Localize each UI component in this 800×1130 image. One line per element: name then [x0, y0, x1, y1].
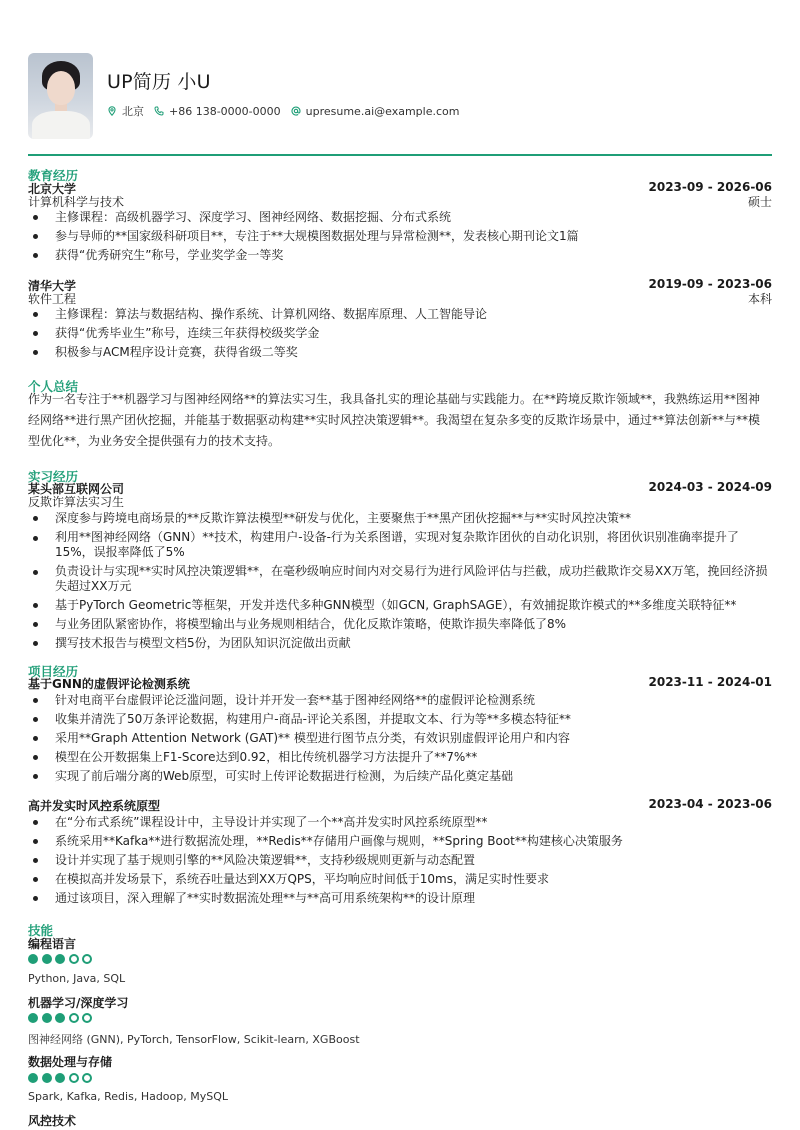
- date-range: 2023-09 - 2026-06: [649, 180, 773, 194]
- list-item: 设计并实现了基于规则引擎的**风险决策逻辑**，支持秒级规则更新与动态配置: [28, 851, 772, 870]
- skill-category: 机器学习/深度学习: [28, 994, 128, 1011]
- email-text[interactable]: upresume.ai@example.com: [306, 105, 460, 118]
- education-bullets: 主修课程：高级机器学习、深度学习、图神经网络、数据挖掘、分布式系统 参与导师的*…: [28, 208, 772, 265]
- project-name: 基于GNN的虚假评论检测系统: [28, 675, 190, 692]
- skill-list: Spark, Kafka, Redis, Hadoop, MySQL: [28, 1090, 228, 1103]
- skill-level-rating: [28, 1013, 96, 1023]
- date-range: 2019-09 - 2023-06: [649, 277, 773, 291]
- contact-email[interactable]: upresume.ai@example.com: [291, 105, 460, 118]
- date-range: 2023-04 - 2023-06: [649, 797, 773, 811]
- skill-level-rating: [28, 1073, 96, 1083]
- candidate-name: UP简历 小U: [107, 67, 469, 94]
- list-item: 与业务团队紧密协作，将模型输出与业务规则相结合，优化反欺诈策略，使欺诈损失率降低…: [28, 615, 772, 634]
- list-item: 实现了前后端分离的Web原型，可实时上传评论数据进行检测，为后续产品化奠定基础: [28, 767, 772, 786]
- list-item: 基于PyTorch Geometric等框架，开发并迭代多种GNN模型（如GCN…: [28, 596, 772, 615]
- location-pin-icon: [107, 106, 117, 116]
- summary-text: 作为一名专注于**机器学习与图神经网络**的算法实习生，我具备扎实的理论基础与实…: [28, 389, 770, 452]
- rating-dot-filled: [55, 1013, 65, 1023]
- date-range: 2024-03 - 2024-09: [649, 480, 773, 494]
- rating-dot-empty: [69, 1013, 79, 1023]
- list-item: 积极参与ACM程序设计竞赛，获得省级二等奖: [28, 343, 772, 362]
- project-bullets: 在“分布式系统”课程设计中，主导设计并实现了一个**高并发实时风控系统原型** …: [28, 813, 772, 908]
- phone-text: +86 138-0000-0000: [169, 105, 281, 118]
- project-bullets: 针对电商平台虚假评论泛滥问题，设计并开发一套**基于图神经网络**的虚假评论检测…: [28, 691, 772, 786]
- skill-category: 编程语言: [28, 935, 76, 952]
- resume-header: UP简历 小U 北京 +86 138-0000-0000 upresume.ai…: [28, 53, 469, 139]
- list-item: 主修课程：高级机器学习、深度学习、图神经网络、数据挖掘、分布式系统: [28, 208, 772, 227]
- list-item: 针对电商平台虚假评论泛滥问题，设计并开发一套**基于图神经网络**的虚假评论检测…: [28, 691, 772, 710]
- list-item: 撰写技术报告与模型文档5份，为团队知识沉淀做出贡献: [28, 634, 772, 653]
- list-item: 利用**图神经网络（GNN）**技术，构建用户-设备-行为关系图谱，实现对复杂欺…: [28, 528, 772, 562]
- list-item: 通过该项目，深入理解了**实时数据流处理**与**高可用系统架构**的设计原理: [28, 889, 772, 908]
- skill-list: Python, Java, SQL: [28, 972, 125, 985]
- job-role: 反欺诈算法实习生: [28, 493, 124, 510]
- skill-list: 图神经网络 (GNN), PyTorch, TensorFlow, Scikit…: [28, 1031, 360, 1047]
- resume-page: UP简历 小U 北京 +86 138-0000-0000 upresume.ai…: [0, 0, 800, 1130]
- list-item: 在模拟高并发场景下，系统吞吐量达到XX万QPS，平均响应时间低于10ms，满足实…: [28, 870, 772, 889]
- list-item: 在“分布式系统”课程设计中，主导设计并实现了一个**高并发实时风控系统原型**: [28, 813, 772, 832]
- internship-bullets: 深度参与跨境电商场景的**反欺诈算法模型**研发与优化，主要聚焦于**黑产团伙挖…: [28, 509, 772, 653]
- list-item: 模型在公开数据集上F1-Score达到0.92，相比传统机器学习方法提升了**7…: [28, 748, 772, 767]
- rating-dot-filled: [28, 1013, 38, 1023]
- rating-dot-filled: [55, 1073, 65, 1083]
- list-item: 负责设计与实现**实时风控决策逻辑**，在毫秒级响应时间内对交易行为进行风险评估…: [28, 562, 772, 596]
- skill-category: 数据处理与存储: [28, 1053, 112, 1070]
- rating-dot-empty: [69, 954, 79, 964]
- rating-dot-filled: [28, 1073, 38, 1083]
- location-text: 北京: [122, 103, 144, 119]
- phone-icon: [154, 106, 164, 116]
- skill-level-rating: [28, 954, 96, 964]
- avatar: [28, 53, 93, 139]
- contact-phone: +86 138-0000-0000: [154, 105, 281, 118]
- education-bullets: 主修课程：算法与数据结构、操作系统、计算机网络、数据库原理、人工智能导论 获得“…: [28, 305, 772, 362]
- list-item: 深度参与跨境电商场景的**反欺诈算法模型**研发与优化，主要聚焦于**黑产团伙挖…: [28, 509, 772, 528]
- rating-dot-filled: [42, 1073, 52, 1083]
- rating-dot-empty: [69, 1073, 79, 1083]
- header-divider: [28, 154, 772, 156]
- list-item: 收集并清洗了50万条评论数据，构建用户-商品-评论关系图，并提取文本、行为等**…: [28, 710, 772, 729]
- contact-location: 北京: [107, 103, 144, 119]
- list-item: 采用**Graph Attention Network (GAT)** 模型进行…: [28, 729, 772, 748]
- list-item: 系统采用**Kafka**进行数据流处理，**Redis**存储用户画像与规则，…: [28, 832, 772, 851]
- rating-dot-empty: [82, 1013, 92, 1023]
- at-sign-icon: [291, 106, 301, 116]
- rating-dot-filled: [28, 954, 38, 964]
- project-name: 高并发实时风控系统原型: [28, 797, 160, 814]
- list-item: 参与导师的**国家级科研项目**，专注于**大规模图数据处理与异常检测**，发表…: [28, 227, 772, 246]
- contact-row: 北京 +86 138-0000-0000 upresume.ai@example…: [107, 103, 469, 119]
- rating-dot-filled: [55, 954, 65, 964]
- skill-category: 风控技术: [28, 1112, 76, 1129]
- date-range: 2023-11 - 2024-01: [649, 675, 773, 689]
- list-item: 主修课程：算法与数据结构、操作系统、计算机网络、数据库原理、人工智能导论: [28, 305, 772, 324]
- rating-dot-filled: [42, 954, 52, 964]
- list-item: 获得“优秀研究生”称号，学业奖学金一等奖: [28, 246, 772, 265]
- rating-dot-filled: [42, 1013, 52, 1023]
- list-item: 获得“优秀毕业生”称号，连续三年获得校级奖学金: [28, 324, 772, 343]
- rating-dot-empty: [82, 954, 92, 964]
- rating-dot-empty: [82, 1073, 92, 1083]
